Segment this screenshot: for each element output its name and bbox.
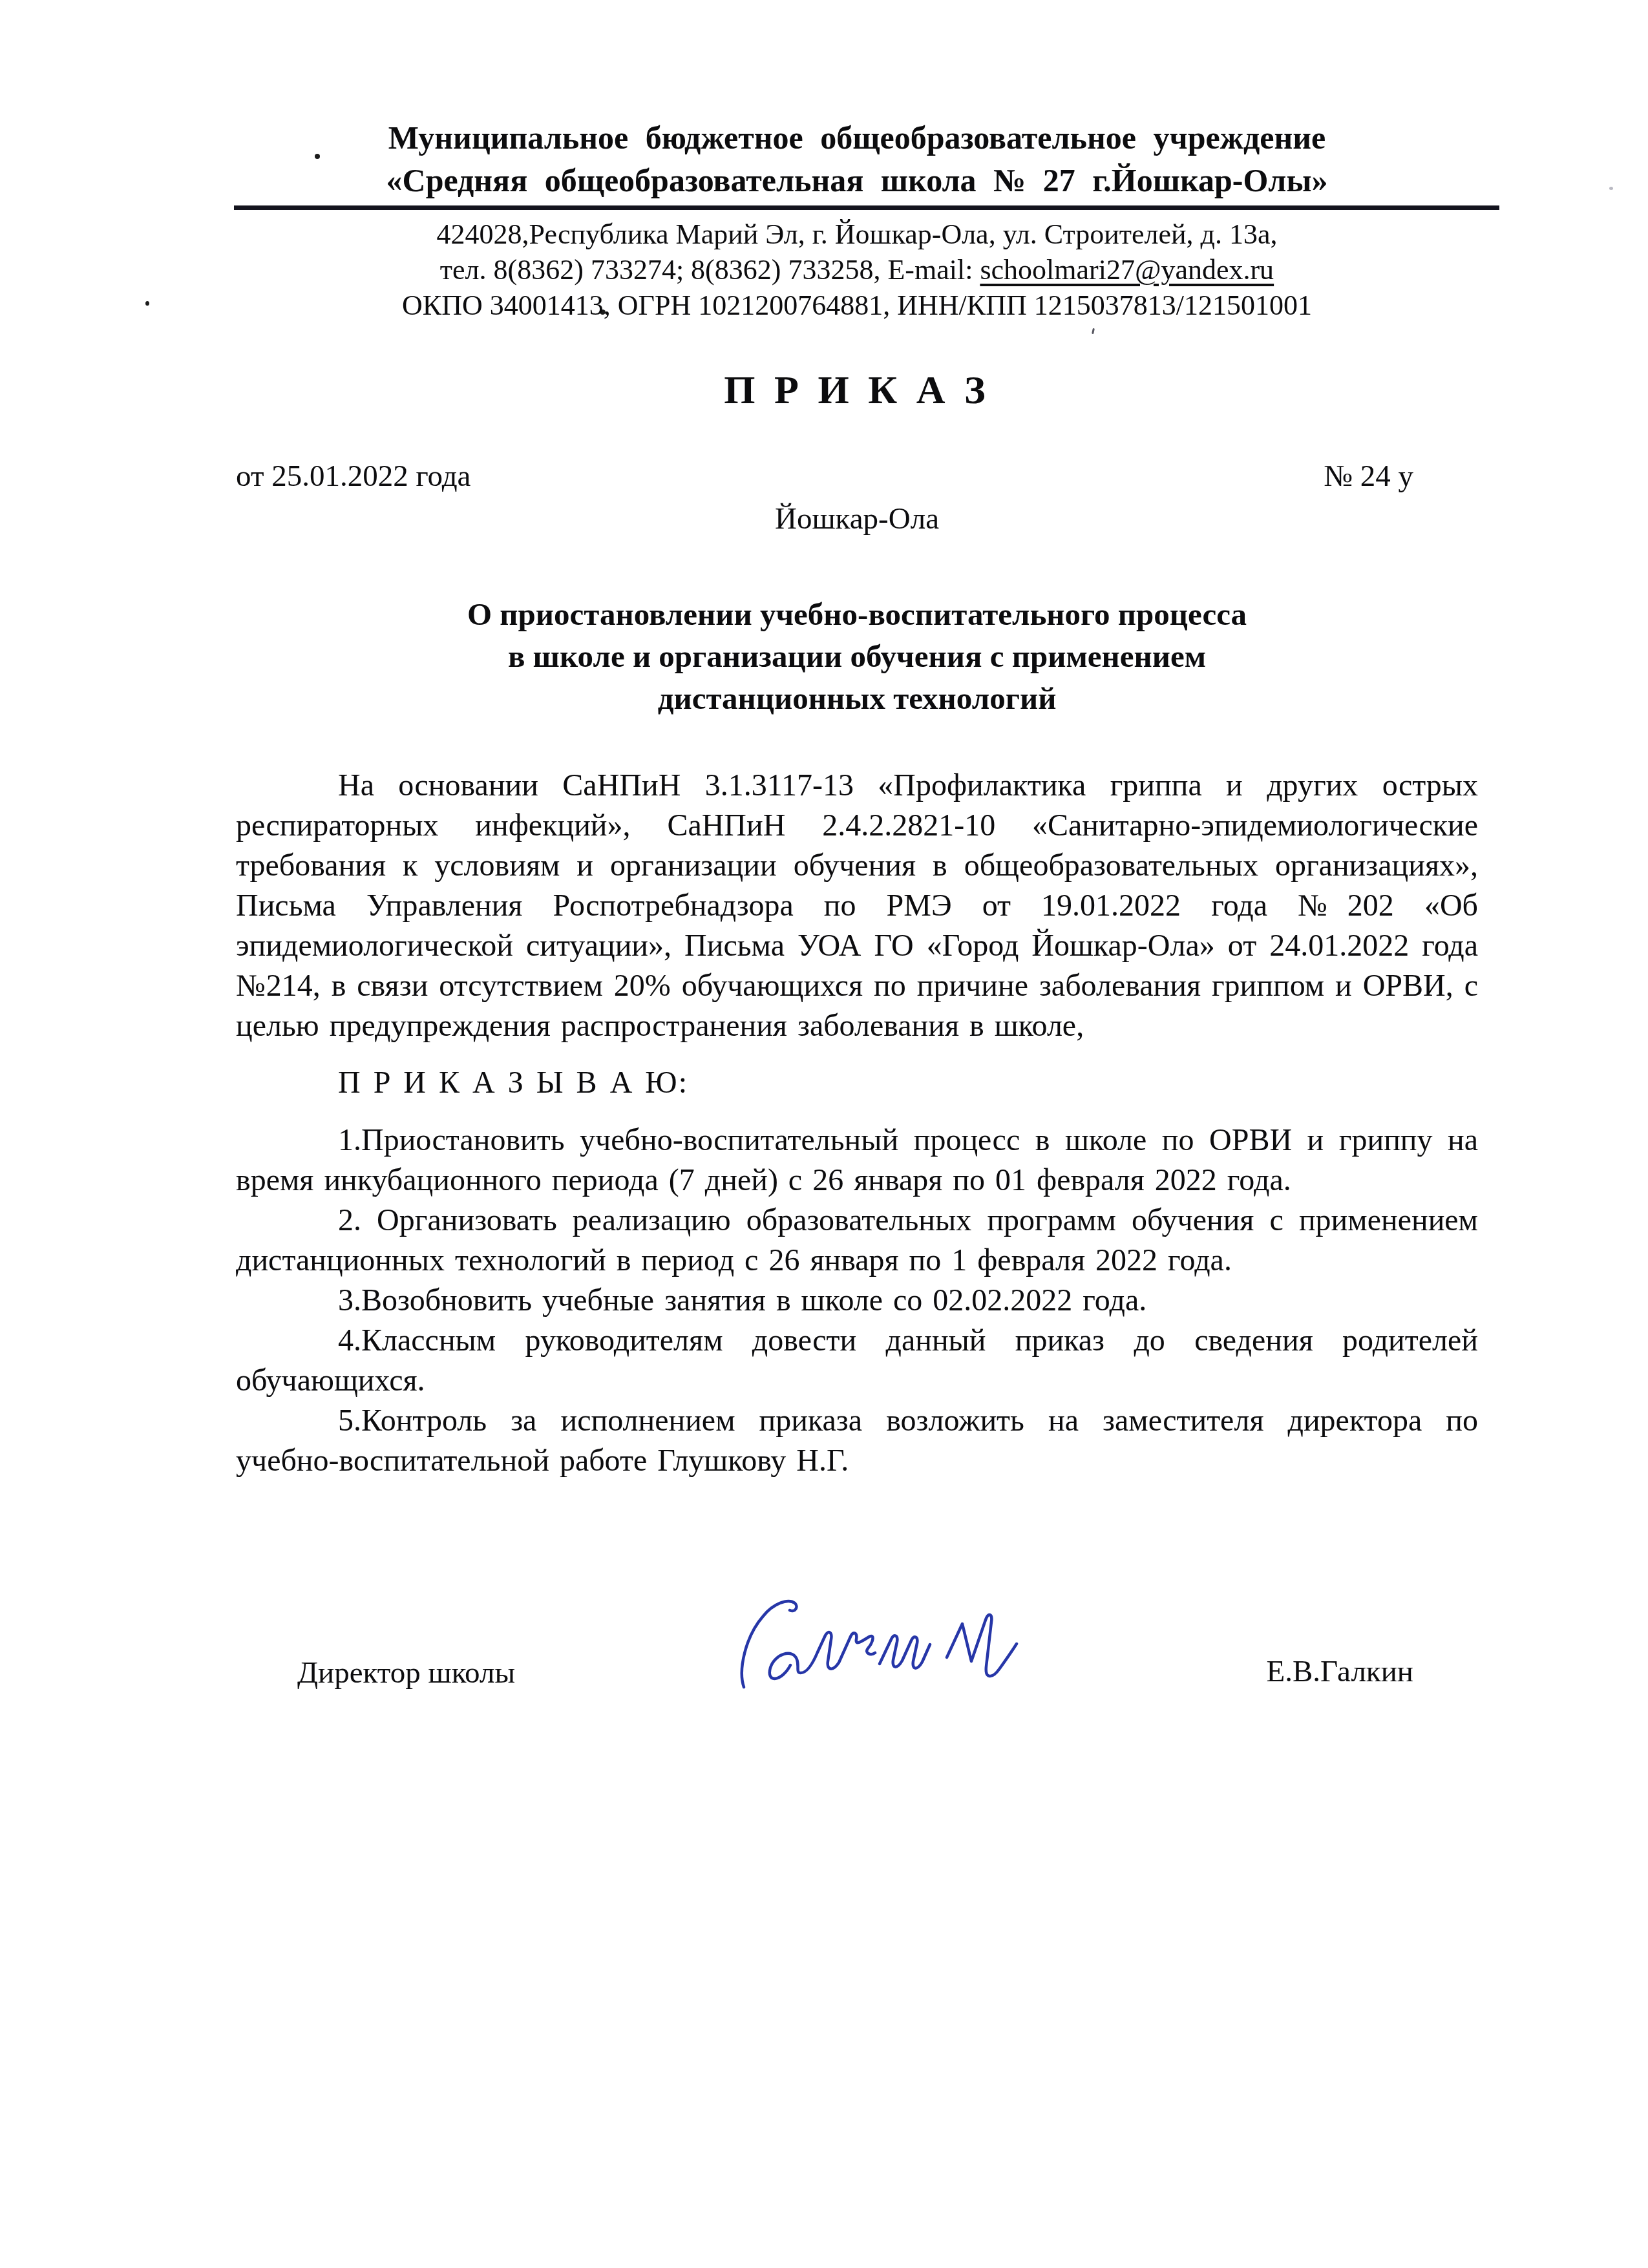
order-item: 3.Возобновить учебные занятия в школе со… [236, 1281, 1478, 1321]
order-city: Йошкар-Ола [236, 500, 1478, 538]
org-name-line2: «Средняя общеобразовательная школа № 27 … [236, 159, 1478, 202]
order-item: 5.Контроль за исполнением приказа возлож… [236, 1401, 1478, 1481]
order-date: от 25.01.2022 года [236, 457, 470, 495]
handwritten-signature [734, 1595, 1044, 1699]
decree-word: П Р И К А З Ы В А Ю: [236, 1063, 1478, 1103]
org-contacts: тел. 8(8362) 733274; 8(8362) 733258, E-m… [236, 252, 1478, 288]
document-content: Муниципальное бюджетное общеобразователь… [236, 0, 1478, 1736]
order-subject-line: дистанционных технологий [236, 677, 1478, 719]
scan-artifact-dot [145, 301, 149, 306]
order-preamble: На основании СаНПиН 3.1.3117-13 «Профила… [236, 766, 1478, 1046]
document-type-heading: П Р И К А З [236, 366, 1478, 415]
order-item: 2. Организовать реализацию образовательн… [236, 1201, 1478, 1281]
scan-artifact-dot [1609, 187, 1613, 190]
org-email: schoolmari27@yandex.ru [980, 254, 1274, 286]
order-subject-line: в школе и организации обучения с примене… [236, 635, 1478, 677]
org-address: 424028,Республика Марий Эл, г. Йошкар-Ол… [236, 216, 1478, 252]
header-divider-line [234, 205, 1499, 210]
order-item: 4.Классным руководителям довести данный … [236, 1321, 1478, 1401]
org-name-line1: Муниципальное бюджетное общеобразователь… [236, 116, 1478, 159]
order-subject: О приостановлении учебно-воспитательного… [236, 593, 1478, 719]
signatory-name: Е.В.Галкин [1267, 1654, 1413, 1689]
order-number: № 24 у [1324, 457, 1413, 495]
order-item: 1.Приостановить учебно-воспитательный пр… [236, 1120, 1478, 1201]
order-items: 1.Приостановить учебно-воспитательный пр… [236, 1120, 1478, 1481]
order-meta-row: от 25.01.2022 года № 24 у [236, 457, 1478, 495]
order-subject-line: О приостановлении учебно-воспитательного… [236, 593, 1478, 635]
org-registration-codes: ОКПО 34001413, ОГРН 1021200764881, ИНН/К… [236, 288, 1478, 323]
scanned-order-document: Муниципальное бюджетное общеобразователь… [0, 0, 1648, 2268]
org-phones: тел. 8(8362) 733274; 8(8362) 733258, E-m… [440, 254, 980, 286]
signature-block: Директор школы Е.В.Галкин [236, 1626, 1478, 1736]
signatory-position: Директор школы [297, 1655, 515, 1690]
